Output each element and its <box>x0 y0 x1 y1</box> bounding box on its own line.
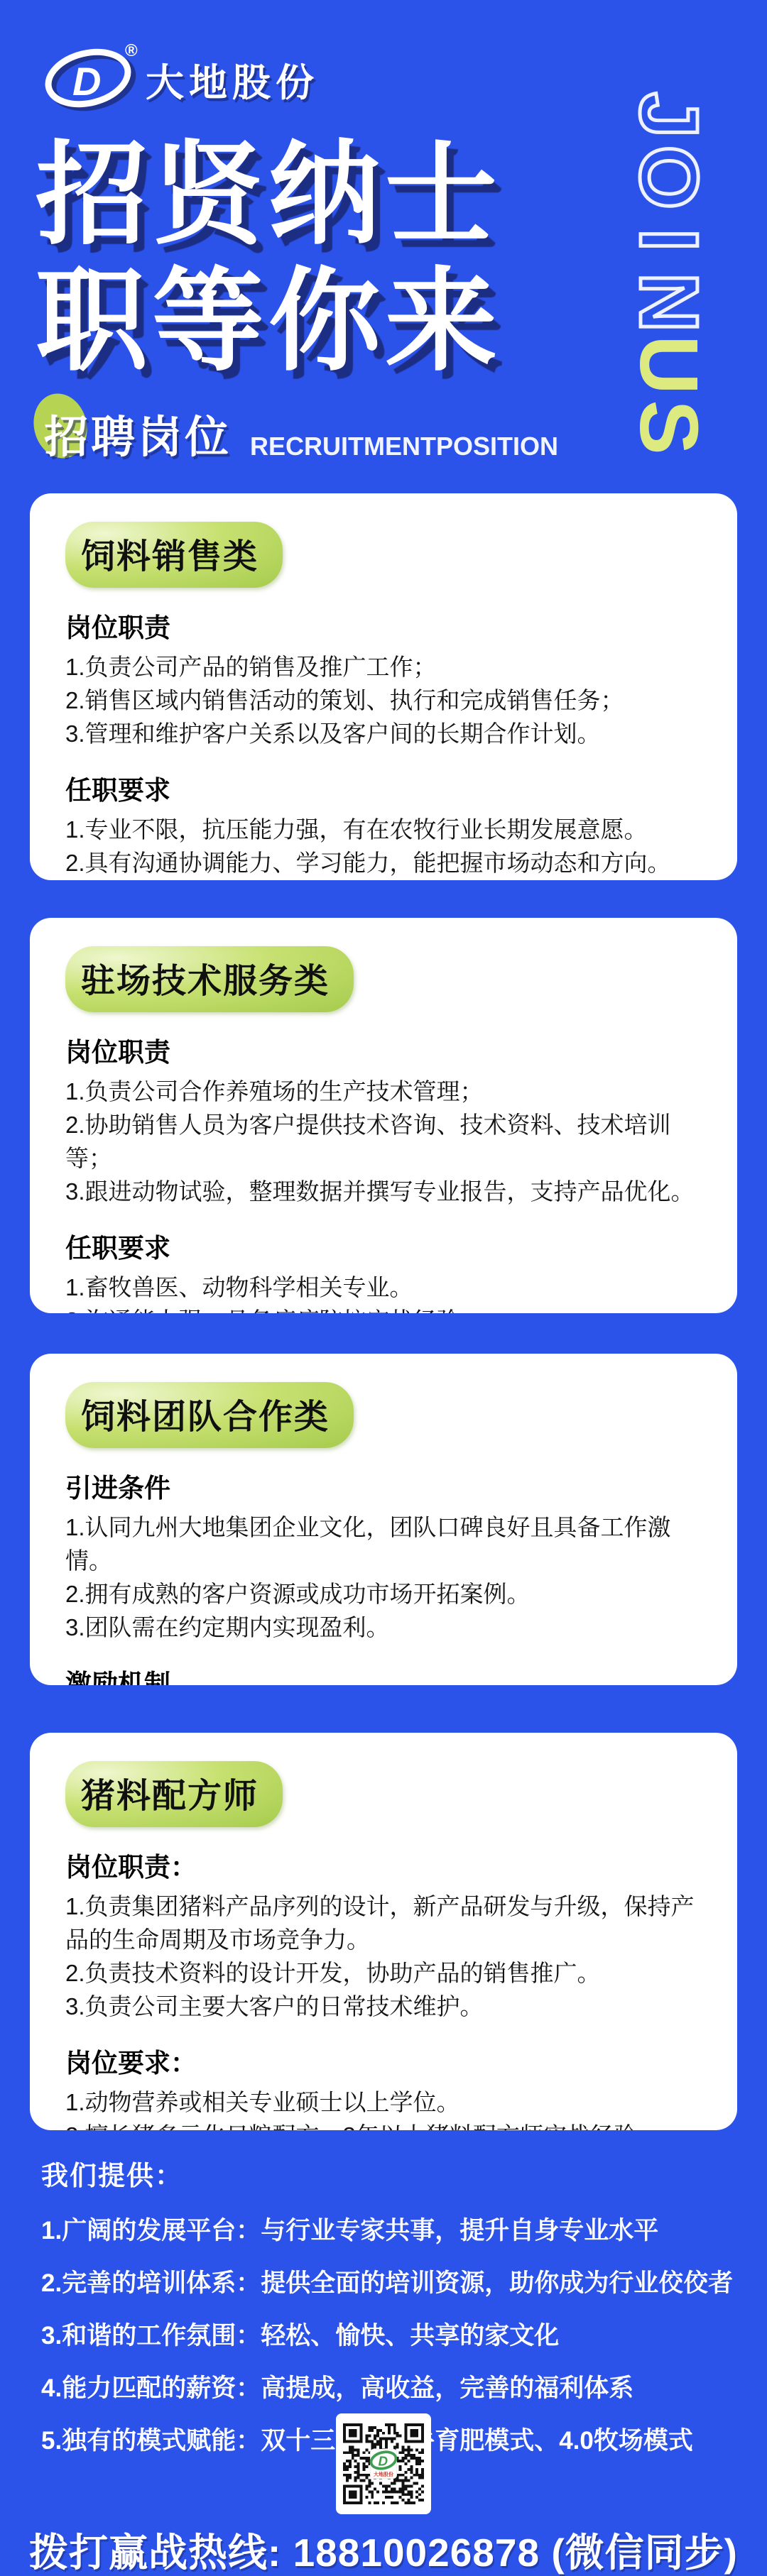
section-heading: 任职要求 <box>65 1227 702 1265</box>
recruit-section-title: 招聘岗位 <box>44 402 232 465</box>
list-item: 1.专业不限，抗压能力强，有在农牧行业长期发展意愿。 <box>65 813 702 846</box>
offer-label: 4.能力匹配的薪资： <box>41 2374 261 2402</box>
recruitment-poster: D ® 大地股份 招贤纳士 职等你来 J O I N U S 招聘岗位 RECR… <box>0 0 767 2576</box>
offer-text: 高提成，高收益，完善的福利体系 <box>261 2374 633 2402</box>
list-item: 2.沟通能力强，具备疫病防控实战经验。 <box>65 1304 702 1313</box>
offers-heading: 我们提供： <box>41 2154 737 2193</box>
card-section: 任职要求 1.专业不限，抗压能力强，有在农牧行业长期发展意愿。 2.具有沟通协调… <box>65 769 702 880</box>
job-title: 饲料销售类 <box>81 538 259 576</box>
section-heading: 任职要求 <box>65 769 702 807</box>
list-item: 3.熟悉饲料市场渠道及客户资源，有客户基础、行业资源（经销商、养殖场、专家等）者… <box>65 879 702 880</box>
list-item: 1.负责集团猪料产品序列的设计，新产品研发与升级，保持产品的生命周期及市场竞争力… <box>65 1890 702 1956</box>
qr-logo-text: 大地股份 <box>374 2471 393 2478</box>
hero-title-line2: 职等你来 <box>36 265 501 378</box>
offer-item: 4.能力匹配的薪资：高提成，高收益，完善的福利体系 <box>41 2369 737 2404</box>
svg-text:D: D <box>72 59 101 104</box>
list-item: 1.畜牧兽医、动物科学相关专业。 <box>65 1271 702 1304</box>
join-letter: S <box>638 378 700 477</box>
brand-name: 大地股份 <box>146 53 319 107</box>
card-section: 引进条件 1.认同九州大地集团企业文化，团队口碑良好且具备工作激情。 2.拥有成… <box>65 1467 702 1644</box>
section-heading: 岗位职责 <box>65 1031 702 1069</box>
join-us-vertical-text: J O I N U S <box>619 84 719 459</box>
list-item: 1.认同九州大地集团企业文化，团队口碑良好且具备工作激情。 <box>65 1511 702 1577</box>
qr-logo-icon: D <box>343 2450 424 2471</box>
offer-text: 轻松、愉快、共享的家文化 <box>261 2322 559 2350</box>
job-title-badge: 饲料销售类 <box>65 522 283 588</box>
list-item: 2.擅长猪多元化日粮配方，3年以上猪料配方师实战经验。 <box>65 2119 702 2130</box>
registered-trademark-icon: ® <box>125 41 138 61</box>
list-item: 3.管理和维护客户关系以及客户间的长期合作计划。 <box>65 717 702 750</box>
recruit-section-subtitle: RECRUITMENTPOSITION <box>250 432 558 465</box>
job-title-badge: 驻场技术服务类 <box>65 946 354 1012</box>
list-item: 2.销售区域内销售活动的策划、执行和完成销售任务； <box>65 684 702 717</box>
recruit-section-header: 招聘岗位 RECRUITMENTPOSITION <box>44 402 558 465</box>
offer-text: 双十三高效肉牛育肥模式、4.0牧场模式 <box>261 2427 693 2455</box>
job-title: 饲料团队合作类 <box>81 1398 330 1436</box>
qr-code-card: D 大地股份 <box>336 2413 431 2514</box>
list-item: 2.负责技术资料的设计开发，协助产品的销售推广。 <box>65 1956 702 1990</box>
list-item: 1.动物营养或相关专业硕士以上学位。 <box>65 2086 702 2119</box>
section-heading: 岗位职责 <box>65 606 702 645</box>
list-item: 2.具有沟通协调能力、学习能力，能把握市场动态和方向。 <box>65 846 702 879</box>
offer-item: 2.完善的培训体系：提供全面的培训资源，助你成为行业佼佼者 <box>41 2264 737 2299</box>
list-item: 2.协助销售人员为客户提供技术咨询、技术资料、技术培训等； <box>65 1108 702 1175</box>
job-title-badge: 饲料团队合作类 <box>65 1382 354 1448</box>
card-section: 岗位职责 1.负责公司合作养殖场的生产技术管理； 2.协助销售人员为客户提供技术… <box>65 1031 702 1208</box>
list-item: 1.负责公司产品的销售及推广工作； <box>65 650 702 684</box>
qr-center-logo: D 大地股份 <box>371 2450 396 2478</box>
job-title-badge: 猪料配方师 <box>65 1761 283 1827</box>
job-title: 猪料配方师 <box>81 1777 259 1815</box>
offer-label: 5.独有的模式赋能： <box>41 2427 261 2455</box>
offer-item: 3.和谐的工作氛围：轻松、愉快、共享的家文化 <box>41 2316 737 2352</box>
job-card-onsite-tech-service: 驻场技术服务类 岗位职责 1.负责公司合作养殖场的生产技术管理； 2.协助销售人… <box>30 918 737 1313</box>
card-section: 岗位职责 1.负责公司产品的销售及推广工作； 2.销售区域内销售活动的策划、执行… <box>65 606 702 750</box>
list-item: 2.拥有成熟的客户资源或成功市场开拓案例。 <box>65 1577 702 1611</box>
offer-text: 提供全面的培训资源，助你成为行业佼佼者 <box>261 2269 733 2297</box>
card-section: 岗位职责： 1.负责集团猪料产品序列的设计，新产品研发与升级，保持产品的生命周期… <box>65 1846 702 2023</box>
offer-text: 与行业专家共事，提升自身专业水平 <box>261 2217 658 2245</box>
offer-label: 3.和谐的工作氛围： <box>41 2322 261 2350</box>
offer-label: 1.广阔的发展平台： <box>41 2217 261 2245</box>
list-item: 3.负责公司主要大客户的日常技术维护。 <box>65 1990 702 2023</box>
job-card-feed-team-cooperation: 饲料团队合作类 引进条件 1.认同九州大地集团企业文化，团队口碑良好且具备工作激… <box>30 1354 737 1685</box>
section-heading: 激励机制 <box>65 1662 702 1685</box>
section-heading: 岗位要求： <box>65 2041 702 2080</box>
card-section: 任职要求 1.畜牧兽医、动物科学相关专业。 2.沟通能力强，具备疫病防控实战经验… <box>65 1227 702 1313</box>
list-item: 3.团队需在约定期内实现盈利。 <box>65 1611 702 1644</box>
job-title: 驻场技术服务类 <box>81 963 330 1000</box>
hero-title-line1: 招贤纳士 <box>36 139 501 251</box>
job-card-feed-sales: 饲料销售类 岗位职责 1.负责公司产品的销售及推广工作； 2.销售区域内销售活动… <box>30 493 737 880</box>
svg-text:D: D <box>379 2454 388 2469</box>
job-card-pig-feed-formulator: 猪料配方师 岗位职责： 1.负责集团猪料产品序列的设计，新产品研发与升级，保持产… <box>30 1733 737 2130</box>
list-item: 3.跟进动物试验，整理数据并撰写专业报告，支持产品优化。 <box>65 1175 702 1208</box>
section-heading: 岗位职责： <box>65 1846 702 1884</box>
qr-code: D 大地股份 <box>343 2423 424 2504</box>
card-section: 岗位要求： 1.动物营养或相关专业硕士以上学位。 2.擅长猪多元化日粮配方，3年… <box>65 2041 702 2130</box>
hotline-text: 拨打赢战热线: 18810026878 (微信同步) <box>0 2521 767 2576</box>
list-item: 1.负责公司合作养殖场的生产技术管理； <box>65 1075 702 1108</box>
section-heading: 引进条件 <box>65 1467 702 1505</box>
offer-label: 2.完善的培训体系： <box>41 2269 261 2297</box>
card-section: 激励机制 1.收益与贡献挂钩，具体待遇一事一议。 2.免费使用集团品牌及供应链资… <box>65 1662 702 1685</box>
offer-item: 1.广阔的发展平台：与行业专家共事，提升自身专业水平 <box>41 2211 737 2247</box>
